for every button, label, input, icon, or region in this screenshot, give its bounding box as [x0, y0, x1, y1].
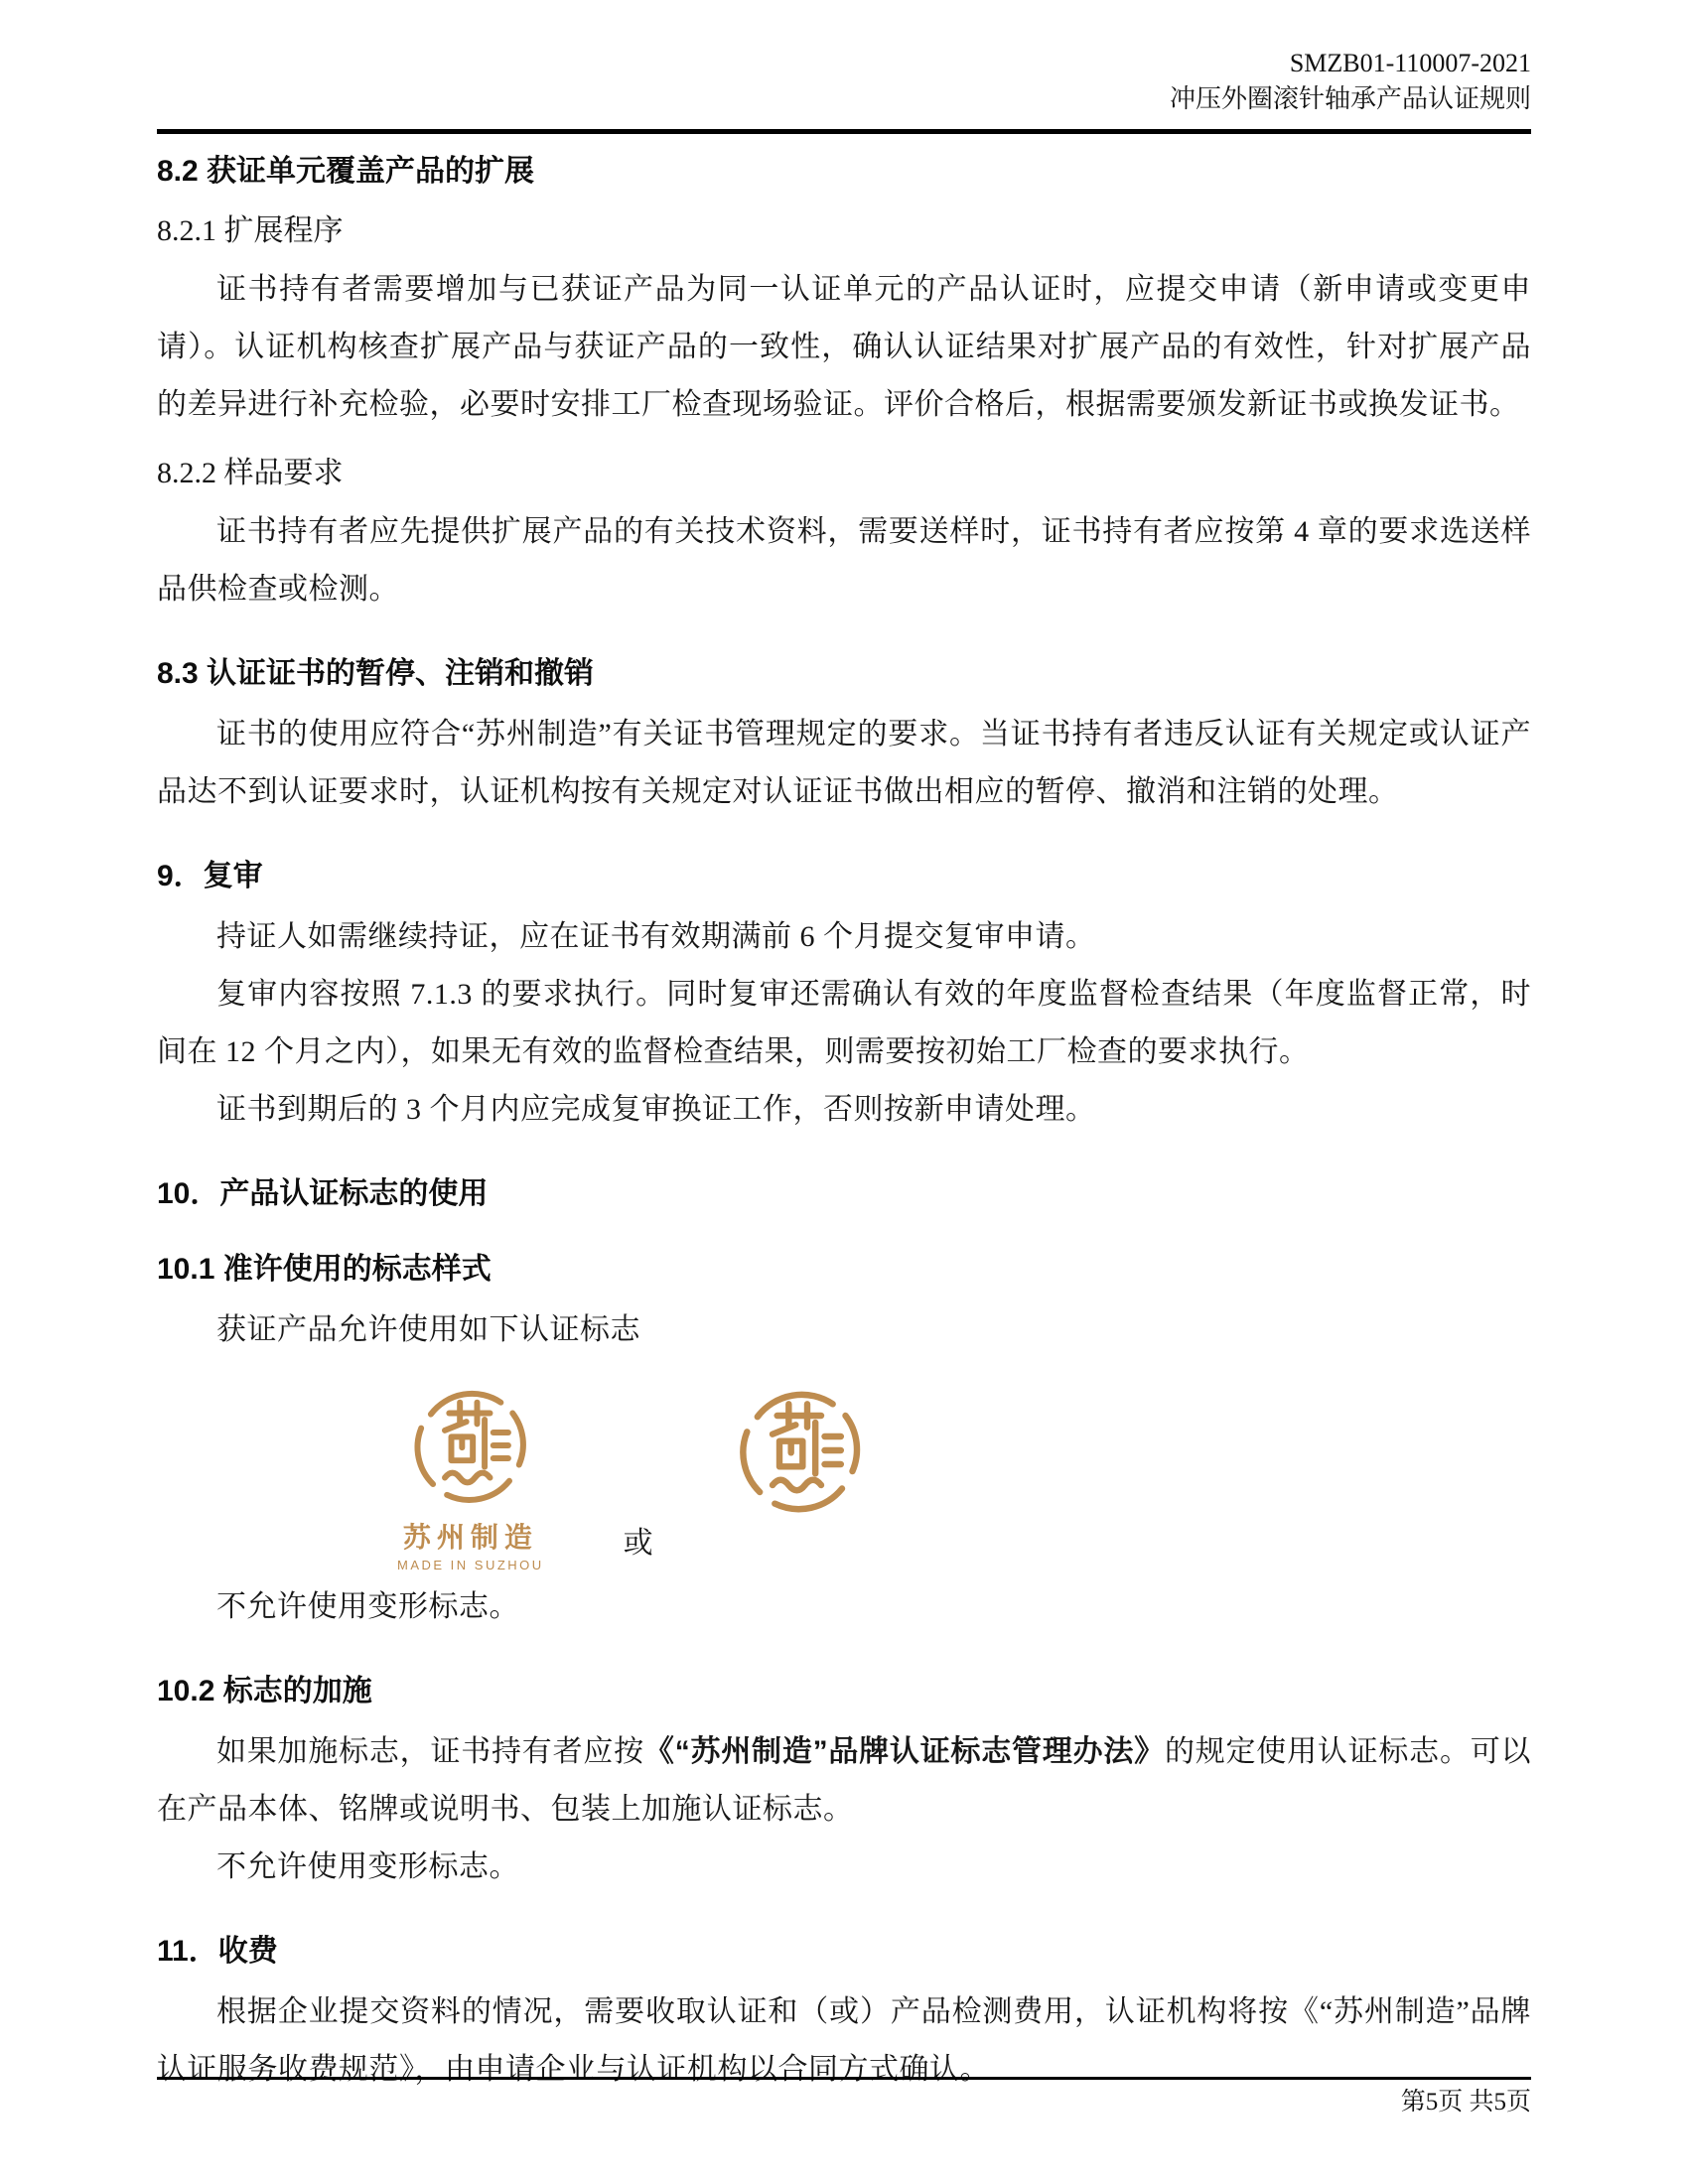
- document-body: 8.2 获证单元覆盖产品的扩展 8.2.1 扩展程序 证书持有者需要增加与已获证…: [157, 152, 1531, 2099]
- footer-rule: [157, 2077, 1531, 2080]
- or-label: 或: [624, 1518, 653, 1562]
- doc-title: 冲压外圈滚针轴承产品认证规则: [157, 81, 1531, 117]
- paragraph-8-3: 证书的使用应符合“苏州制造”有关证书管理规定的要求。当证书持有者违反认证有关规定…: [157, 706, 1531, 821]
- section-10-2-heading: 10.2 标志的加施: [157, 1672, 1531, 1711]
- section-8-2-heading: 8.2 获证单元覆盖产品的扩展: [157, 152, 1531, 192]
- section-10-heading: 10．产品认证标志的使用: [157, 1174, 1531, 1214]
- paragraph-10-2-note: 不允许使用变形标志。: [157, 1839, 1531, 1896]
- paragraph-9-2: 复审内容按照 7.1.3 的要求执行。同时复审还需确认有效的年度监督检查结果（年…: [157, 966, 1531, 1081]
- paragraph-10-1: 获证产品允许使用如下认证标志: [157, 1301, 1531, 1359]
- paragraph-8-2-1: 证书持有者需要增加与已获证产品为同一认证单元的产品认证时，应提交申请（新申请或变…: [157, 261, 1531, 434]
- doc-number: SMZB01-110007-2021: [157, 46, 1531, 81]
- section-8-3-heading: 8.3 认证证书的暂停、注销和撤销: [157, 654, 1531, 694]
- paragraph-9-3: 证书到期后的 3 个月内应完成复审换证工作，否则按新申请处理。: [157, 1081, 1531, 1139]
- section-9-heading: 9．复审: [157, 857, 1531, 896]
- document-footer: 第5页 共5页: [157, 2077, 1531, 2119]
- suzhou-mark-icon: [731, 1381, 870, 1520]
- paragraph-10-2: 如果加施标志，证书持有者应按《“苏州制造”品牌认证标志管理办法》的规定使用认证标…: [157, 1723, 1531, 1839]
- paragraph-10-2-bold-title: 《“苏州制造”品牌认证标志管理办法》: [644, 1735, 1165, 1768]
- document-header: SMZB01-110007-2021 冲压外圈滚针轴承产品认证规则: [157, 46, 1531, 117]
- suzhou-mark-with-text: 苏州制造 MADE IN SUZHOU: [397, 1381, 544, 1572]
- mark-caption-en: MADE IN SUZHOU: [397, 1558, 544, 1572]
- document-page: SMZB01-110007-2021 冲压外圈滚针轴承产品认证规则 8.2 获证…: [0, 0, 1688, 2184]
- mark-caption-cn: 苏州制造: [403, 1516, 538, 1556]
- header-rule: [157, 129, 1531, 134]
- section-8-2-1-heading: 8.2.1 扩展程序: [157, 211, 1531, 251]
- section-10-1-heading: 10.1 准许使用的标志样式: [157, 1250, 1531, 1290]
- certification-marks-row: 苏州制造 MADE IN SUZHOU 或: [157, 1381, 1531, 1572]
- section-11-heading: 11．收费: [157, 1932, 1531, 1972]
- page-number: 第5页 共5页: [157, 2086, 1531, 2119]
- paragraph-10-2-prefix: 如果加施标志，证书持有者应按: [216, 1735, 644, 1768]
- paragraph-9-1: 持证人如需继续持证，应在证书有效期满前 6 个月提交复审申请。: [157, 908, 1531, 966]
- paragraph-8-2-2: 证书持有者应先提供扩展产品的有关技术资料，需要送样时，证书持有者应按第 4 章的…: [157, 503, 1531, 618]
- suzhou-mark-plain: [731, 1381, 870, 1520]
- suzhou-mark-icon: [406, 1381, 535, 1510]
- paragraph-10-1-note: 不允许使用变形标志。: [157, 1578, 1531, 1636]
- section-8-2-2-heading: 8.2.2 样品要求: [157, 454, 1531, 493]
